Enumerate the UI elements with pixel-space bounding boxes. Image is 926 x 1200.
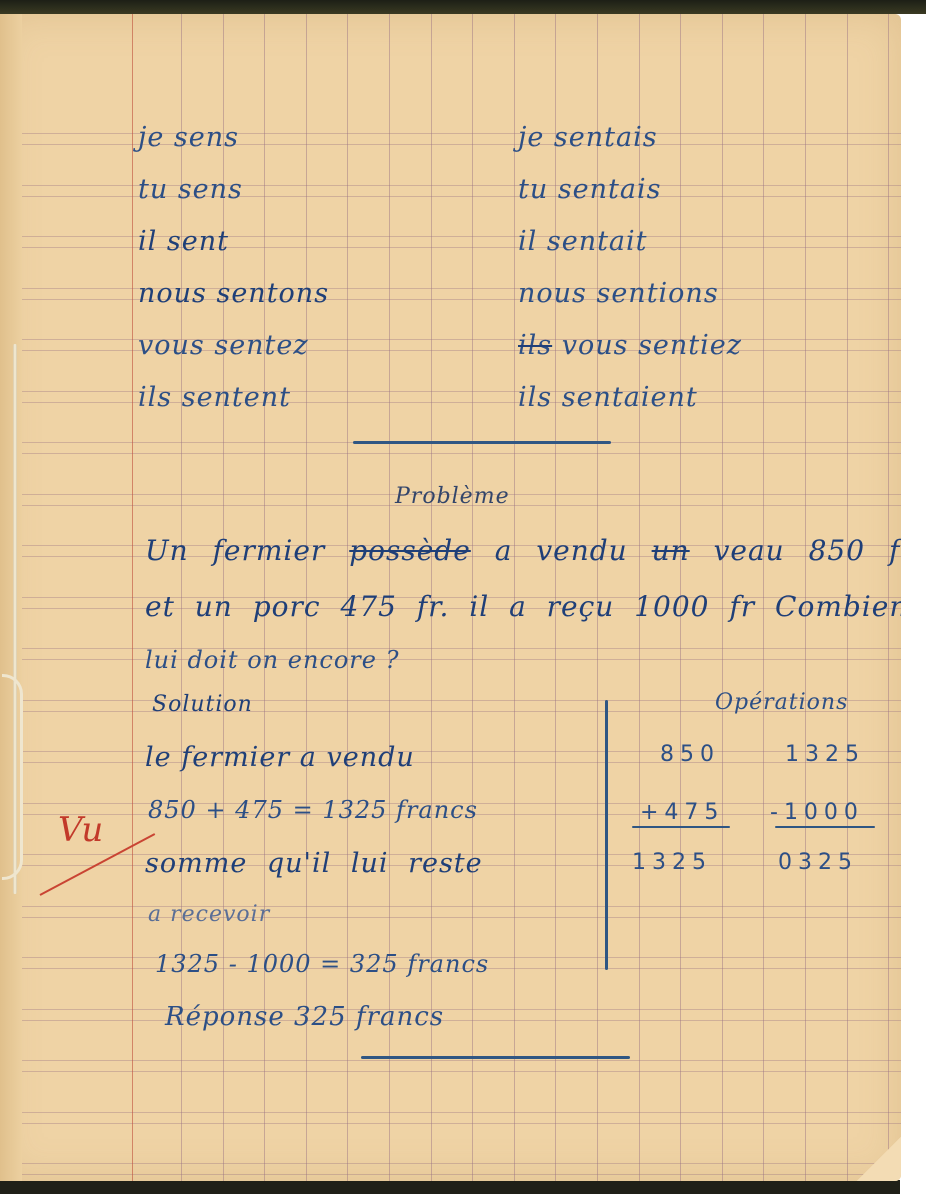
section-separator-bottom: [361, 1056, 630, 1059]
imparfait-line-4: nous sentions: [518, 278, 719, 309]
solution-line-1: le fermier a vendu: [145, 742, 415, 773]
imparfait-line-1: je sentais: [518, 122, 658, 153]
grid-horizontal-line: [22, 1163, 901, 1164]
struck-word: possède: [349, 534, 471, 567]
grid-horizontal-line: [22, 1060, 901, 1061]
imparfait-line-5: ils vous sentiez: [518, 330, 742, 361]
solution-line-3: somme qu'il lui reste: [145, 848, 483, 879]
imparfait-line-3: il sentait: [518, 226, 648, 257]
addition-top: 850: [660, 742, 720, 767]
red-margin-line: [132, 14, 133, 1181]
problem-text-b: a vendu: [495, 534, 628, 567]
operations-title: Opérations: [715, 690, 848, 715]
struck-word-2: un: [652, 534, 690, 567]
problem-line-2: et un porc 475 fr. il a reçu 1000 fr Com…: [145, 590, 901, 623]
imparfait-line-2: tu sentais: [518, 174, 661, 205]
subtraction-rule: [775, 826, 875, 828]
scan-top-shadow: [0, 0, 926, 14]
problem-title: Problème: [395, 484, 510, 509]
problem-line-1: Un fermier possède a vendu un veau 850 f…: [145, 534, 901, 567]
addition-second: +475: [640, 800, 724, 825]
problem-text-c: veau 850 fr: [714, 534, 901, 567]
addition-rule: [632, 826, 730, 828]
answer-line: Réponse 325 francs: [165, 1002, 444, 1032]
struck-word: ils: [518, 330, 552, 361]
grid-horizontal-line: [22, 453, 901, 454]
teacher-mark-vu: Vu: [58, 810, 104, 850]
grid-horizontal-line: [22, 1009, 901, 1010]
solution-line-5: 1325 - 1000 = 325 francs: [155, 950, 489, 978]
grid-horizontal-line: [22, 1112, 901, 1113]
subtraction-second: -1000: [770, 800, 864, 825]
present-line-6: ils sentent: [138, 382, 291, 413]
present-line-5: vous sentez: [138, 330, 309, 361]
notebook-page: je sens tu sens il sent nous sentons vou…: [0, 14, 901, 1181]
subtraction-result: 0325: [778, 850, 858, 875]
present-line-2: tu sens: [138, 174, 243, 205]
grid-horizontal-line: [22, 1071, 901, 1072]
solution-line-2: 850 + 475 = 1325 francs: [148, 796, 478, 824]
grid-horizontal-line: [22, 1123, 901, 1124]
present-line-4: nous sentons: [138, 278, 329, 309]
imparfait-line-6: ils sentaient: [518, 382, 698, 413]
scan-bottom-shadow: [0, 1180, 900, 1194]
solution-line-4: a recevoir: [148, 902, 270, 927]
addition-result: 1325: [632, 850, 712, 875]
operations-divider: [605, 700, 608, 970]
binding-string-loop: [2, 674, 23, 880]
section-separator-top: [353, 441, 611, 444]
present-line-1: je sens: [138, 122, 239, 153]
page-spine: [0, 14, 22, 1181]
present-line-3: il sent: [138, 226, 229, 257]
problem-text-a: Un fermier: [145, 534, 325, 567]
folded-corner: [857, 1137, 901, 1181]
subtraction-top: 1325: [785, 742, 865, 767]
imparfait-line-5-text: vous sentiez: [562, 330, 742, 361]
grid-horizontal-line: [22, 1174, 901, 1175]
solution-title: Solution: [152, 692, 253, 717]
problem-line-3: lui doit on encore ?: [145, 646, 399, 674]
grid-horizontal-line: [22, 1020, 901, 1021]
